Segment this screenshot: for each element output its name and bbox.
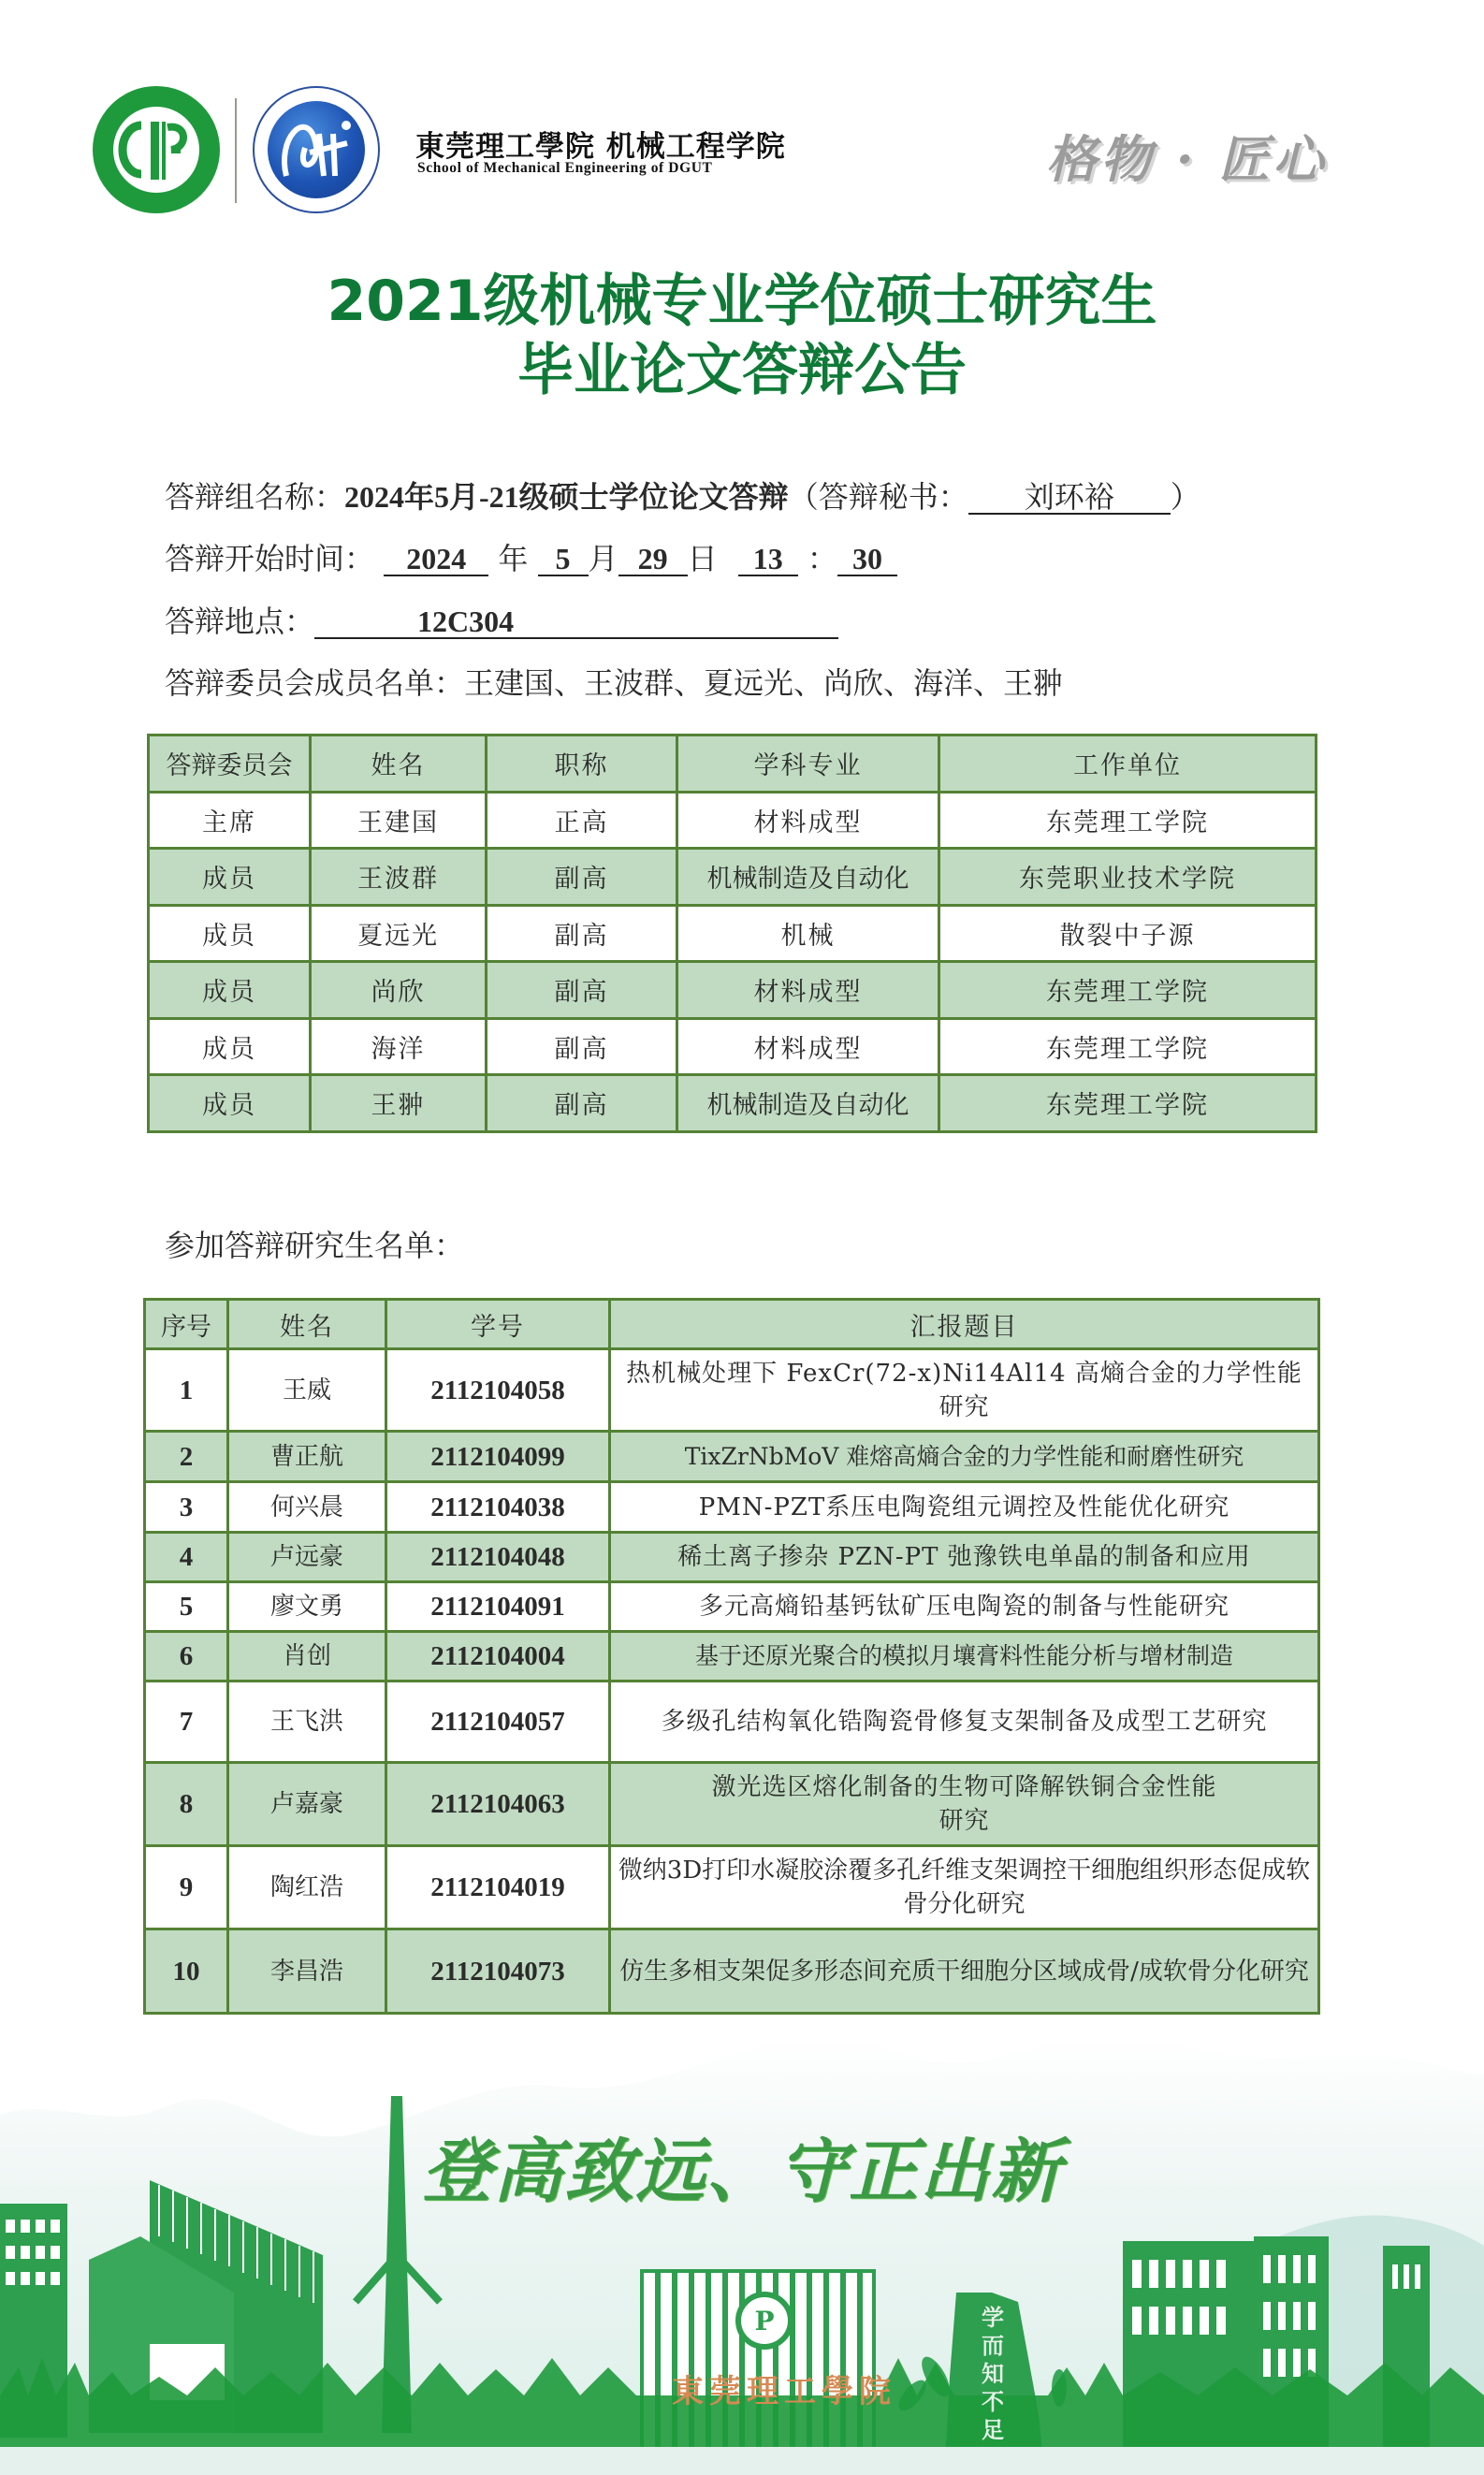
table-row: 成员 王翀 副高 机械制造及自动化 东莞理工学院 — [149, 1075, 1317, 1132]
title-cell: 副高 — [487, 905, 677, 962]
campus-illustration: P 東莞理工學院 学而知不足 — [0, 2021, 1484, 2475]
defense-group-line: 答辩组名称：2024年5月-21级硕士学位论文答辩（答辩秘书：刘环裕） — [165, 478, 1200, 516]
committee-members-line: 答辩委员会成员名单：王建国、王波群、夏远光、尚欣、海洋、王翀 — [165, 664, 1063, 702]
table-row: 成员 海洋 副高 材料成型 东莞理工学院 — [149, 1018, 1317, 1075]
name-cell: 卢嘉豪 — [228, 1763, 386, 1846]
major-cell: 材料成型 — [677, 1018, 939, 1075]
name-cell: 王建国 — [311, 792, 487, 849]
topic-cell: 微纳3D打印水凝胶涂覆多孔纤维支架调控干细胞组织形态促成软骨分化研究 — [610, 1846, 1319, 1929]
page-title-line2: 毕业论文答辩公告 — [0, 337, 1484, 404]
student-id-cell: 2112104063 — [386, 1763, 610, 1846]
table-row: 7 王飞洪 2112104057 多级孔结构氧化锆陶瓷骨修复支架制备及成型工艺研… — [145, 1682, 1319, 1763]
name-cell: 王威 — [228, 1349, 386, 1432]
major-cell: 材料成型 — [677, 792, 939, 849]
name-cell: 尚欣 — [311, 962, 487, 1019]
major-cell: 材料成型 — [677, 962, 939, 1019]
affiliation-cell: 东莞理工学院 — [939, 962, 1317, 1019]
committee-header-row: 答辩委员会 姓名 职称 学科专业 工作单位 — [149, 735, 1317, 793]
name-cell: 陶红浩 — [228, 1846, 386, 1929]
secretary-prefix: （答辩秘书： — [789, 479, 968, 515]
affiliation-cell: 东莞理工学院 — [939, 792, 1317, 849]
table-row: 成员 夏远光 副高 机械 散裂中子源 — [149, 905, 1317, 962]
table-row: 6 肖创 2112104004 基于还原光聚合的模拟月壤膏料性能分析与增材制造 — [145, 1632, 1319, 1682]
name-cell: 海洋 — [311, 1018, 487, 1075]
affiliation-cell: 东莞职业技术学院 — [939, 849, 1317, 906]
motto: 格物 · 匠心 — [1046, 120, 1327, 192]
time-minute: 30 — [837, 543, 897, 576]
student-id-cell: 2112104073 — [386, 1929, 610, 2014]
school-name-en: School of Mechanical Engineering of DGUT — [417, 160, 712, 177]
topic-cell: 多级孔结构氧化锆陶瓷骨修复支架制备及成型工艺研究 — [610, 1682, 1319, 1763]
table-row: 10 李昌浩 2112104073 仿生多相支架促多形态间充质干细胞分区域成骨/… — [145, 1929, 1319, 2014]
defense-location-line: 答辩地点：12C304 — [165, 603, 838, 640]
name-cell: 肖创 — [228, 1632, 386, 1682]
affiliation-cell: 散裂中子源 — [939, 905, 1317, 962]
committee-table: 答辩委员会 姓名 职称 学科专业 工作单位 主席 王建国 正高 材料成型 东莞理… — [147, 734, 1317, 1133]
group-name: 2024年5月-21级硕士学位论文答辩 — [344, 480, 789, 514]
name-cell: 何兴晨 — [228, 1482, 386, 1533]
col-header-index: 序号 — [145, 1300, 228, 1349]
student-id-cell: 2112104057 — [386, 1682, 610, 1763]
index-cell: 5 — [145, 1582, 228, 1632]
topic-cell: 基于还原光聚合的模拟月壤膏料性能分析与增材制造 — [610, 1632, 1319, 1682]
student-id-cell: 2112104058 — [386, 1349, 610, 1432]
index-cell: 2 — [145, 1432, 228, 1482]
col-header-affiliation: 工作单位 — [939, 735, 1317, 793]
defense-time-line: 答辩开始时间： 2024 年 5月29日 13 ：30 — [165, 540, 897, 577]
logo-divider — [235, 98, 237, 203]
university-emblem-icon — [113, 107, 199, 193]
school-name-cn: 東莞理工學院 机械工程学院 — [415, 123, 786, 165]
role-cell: 成员 — [149, 905, 311, 962]
student-id-cell: 2112104004 — [386, 1632, 610, 1682]
affiliation-cell: 东莞理工学院 — [939, 1075, 1317, 1132]
time-label: 答辩开始时间： — [165, 541, 374, 576]
index-cell: 4 — [145, 1533, 228, 1582]
name-cell: 夏远光 — [311, 905, 487, 962]
student-id-cell: 2112104091 — [386, 1582, 610, 1632]
affiliation-cell: 东莞理工学院 — [939, 1018, 1317, 1075]
title-cell: 正高 — [487, 792, 677, 849]
student-id-cell: 2112104019 — [386, 1846, 610, 1929]
title-cell: 副高 — [487, 849, 677, 906]
index-cell: 7 — [145, 1682, 228, 1763]
members-value: 王建国、王波群、夏远光、尚欣、海洋、王翀 — [464, 665, 1063, 701]
role-cell: 成员 — [149, 962, 311, 1019]
topic-cell: TixZrNbMoV 难熔高熵合金的力学性能和耐磨性研究 — [610, 1432, 1319, 1482]
day-unit: 日 — [688, 541, 718, 576]
location-label: 答辩地点： — [165, 604, 314, 639]
table-row: 8 卢嘉豪 2112104063 激光选区熔化制备的生物可降解铁铜合金性能研究 — [145, 1763, 1319, 1846]
location-value: 12C304 — [314, 605, 838, 639]
table-row: 主席 王建国 正高 材料成型 东莞理工学院 — [149, 792, 1317, 849]
major-cell: 机械 — [677, 905, 939, 962]
table-row: 9 陶红浩 2112104019 微纳3D打印水凝胶涂覆多孔纤维支架调控干细胞组… — [145, 1846, 1319, 1929]
index-cell: 8 — [145, 1763, 228, 1846]
col-header-topic: 汇报题目 — [610, 1300, 1319, 1349]
table-row: 2 曹正航 2112104099 TixZrNbMoV 难熔高熵合金的力学性能和… — [145, 1432, 1319, 1482]
page-title-line1: 2021级机械专业学位硕士研究生 — [0, 268, 1484, 335]
year-unit: 年 — [498, 541, 528, 576]
student-id-cell: 2112104038 — [386, 1482, 610, 1533]
col-header-role: 答辩委员会 — [149, 735, 311, 793]
topic-cell: 热机械处理下 FexCr(72-x)Ni14Al14 高熵合金的力学性能研究 — [610, 1349, 1319, 1432]
title-cell: 副高 — [487, 962, 677, 1019]
school-emblem-icon — [268, 101, 365, 198]
name-cell: 王翀 — [311, 1075, 487, 1132]
col-header-title: 职称 — [487, 735, 677, 793]
col-header-major: 学科专业 — [677, 735, 939, 793]
title-cell: 副高 — [487, 1075, 677, 1132]
students-table: 序号 姓名 学号 汇报题目 1 王威 2112104058 热机械处理下 Fex… — [143, 1298, 1320, 2015]
footer-slogan: 登高致远、守正出新 — [0, 2117, 1484, 2216]
index-cell: 10 — [145, 1929, 228, 2014]
topic-cell: 仿生多相支架促多形态间充质干细胞分区域成骨/成软骨分化研究 — [610, 1929, 1319, 2014]
table-row: 成员 王波群 副高 机械制造及自动化 东莞职业技术学院 — [149, 849, 1317, 906]
stone-inscription: 学而知不足 — [977, 2304, 1009, 2444]
table-row: 3 何兴晨 2112104038 PMN-PZT系压电陶瓷组元调控及性能优化研究 — [145, 1482, 1319, 1533]
name-cell: 卢远豪 — [228, 1533, 386, 1582]
table-row: 成员 尚欣 副高 材料成型 东莞理工学院 — [149, 962, 1317, 1019]
secretary-name: 刘环裕 — [968, 481, 1171, 515]
student-id-cell: 2112104048 — [386, 1533, 610, 1582]
school-logo — [253, 86, 380, 213]
students-section-label: 参加答辩研究生名单： — [165, 1227, 464, 1264]
table-row: 4 卢远豪 2112104048 稀土离子掺杂 PZN-PT 弛豫铁电单晶的制备… — [145, 1533, 1319, 1582]
role-cell: 成员 — [149, 849, 311, 906]
group-label: 答辩组名称： — [165, 479, 344, 515]
students-header-row: 序号 姓名 学号 汇报题目 — [145, 1300, 1319, 1349]
time-day: 29 — [618, 543, 688, 576]
gate-inscription: 東莞理工學院 — [672, 2366, 896, 2411]
topic-cell: 稀土离子掺杂 PZN-PT 弛豫铁电单晶的制备和应用 — [610, 1533, 1319, 1582]
title-cell: 副高 — [487, 1018, 677, 1075]
table-row: 1 王威 2112104058 热机械处理下 FexCr(72-x)Ni14Al… — [145, 1349, 1319, 1432]
name-cell: 廖文勇 — [228, 1582, 386, 1632]
time-colon: ： — [807, 541, 837, 576]
major-cell: 机械制造及自动化 — [677, 1075, 939, 1132]
topic-cell: PMN-PZT系压电陶瓷组元调控及性能优化研究 — [610, 1482, 1319, 1533]
role-cell: 成员 — [149, 1075, 311, 1132]
index-cell: 9 — [145, 1846, 228, 1929]
major-cell: 机械制造及自动化 — [677, 849, 939, 906]
time-year: 2024 — [384, 543, 488, 576]
name-cell: 李昌浩 — [228, 1929, 386, 2014]
col-header-name: 姓名 — [228, 1300, 386, 1349]
name-cell: 王飞洪 — [228, 1682, 386, 1763]
name-cell: 王波群 — [311, 849, 487, 906]
role-cell: 主席 — [149, 792, 311, 849]
index-cell: 6 — [145, 1632, 228, 1682]
month-unit: 月 — [589, 541, 618, 576]
topic-cell: 多元高熵铅基钙钛矿压电陶瓷的制备与性能研究 — [610, 1582, 1319, 1632]
table-row: 5 廖文勇 2112104091 多元高熵铅基钙钛矿压电陶瓷的制备与性能研究 — [145, 1582, 1319, 1632]
role-cell: 成员 — [149, 1018, 311, 1075]
topic-cell: 激光选区熔化制备的生物可降解铁铜合金性能研究 — [610, 1763, 1319, 1846]
members-label: 答辩委员会成员名单： — [165, 665, 464, 701]
name-cell: 曹正航 — [228, 1432, 386, 1482]
university-logo — [93, 86, 220, 213]
secretary-suffix: ） — [1171, 479, 1200, 515]
svg-text:P: P — [754, 2306, 774, 2337]
student-id-cell: 2112104099 — [386, 1432, 610, 1482]
col-header-student-id: 学号 — [386, 1300, 610, 1349]
col-header-name: 姓名 — [311, 735, 487, 793]
index-cell: 3 — [145, 1482, 228, 1533]
time-hour: 13 — [738, 543, 798, 576]
index-cell: 1 — [145, 1349, 228, 1432]
time-month: 5 — [538, 543, 589, 576]
